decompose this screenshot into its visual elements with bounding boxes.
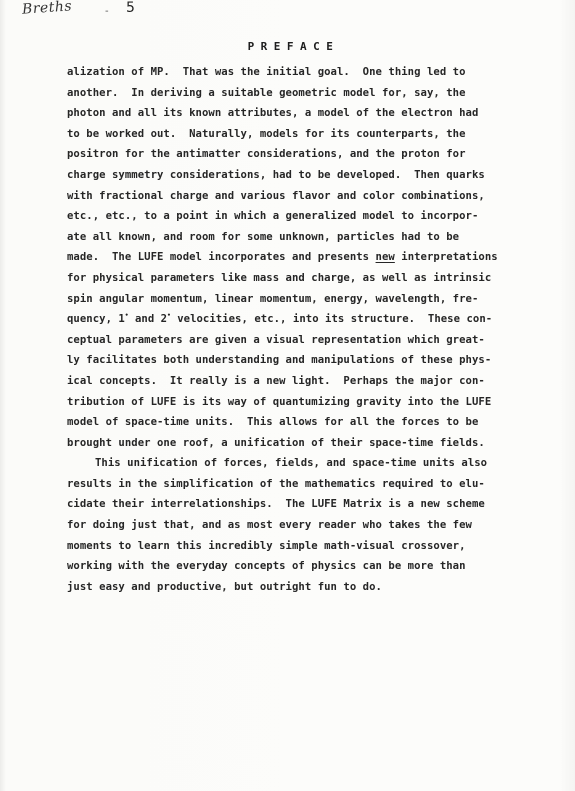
handwritten-dash: - — [105, 6, 109, 17]
text-line: charge symmetry considerations, had to b… — [67, 165, 567, 186]
text-line: This unification of forces, fields, and … — [67, 453, 567, 474]
text-line: results in the simplification of the mat… — [67, 474, 567, 495]
paragraph: This unification of forces, fields, and … — [67, 453, 567, 597]
text-line: moments to learn this incredibly simple … — [67, 536, 567, 557]
degree-mark: • — [125, 312, 129, 319]
text-line: model of space-time units. This allows f… — [67, 412, 567, 433]
underlined-word: new — [376, 251, 395, 263]
paragraph: alization of MP. That was the initial go… — [67, 62, 567, 453]
body-text: alization of MP. That was the initial go… — [67, 62, 567, 597]
text-line: for doing just that, and as most every r… — [67, 515, 567, 536]
text-line: ate all known, and room for some unknown… — [67, 227, 567, 248]
text-line: tribution of LUFE is its way of quantumi… — [67, 392, 567, 413]
text-line: alization of MP. That was the initial go… — [67, 62, 567, 83]
text-line: ly facilitates both understanding and ma… — [67, 350, 567, 371]
text-line: ical concepts. It really is a new light.… — [67, 371, 567, 392]
text-line: photon and all its known attributes, a m… — [67, 103, 567, 124]
document-page: Breths - 5 PREFACE alization of MP. That… — [0, 0, 575, 791]
text-line: just easy and productive, but outright f… — [67, 577, 567, 598]
text-line: cidate their interrelationships. The LUF… — [67, 494, 567, 515]
handwritten-note: Breths — [22, 0, 73, 18]
page-number: 5 — [126, 0, 135, 16]
text-line: brought under one roof, a unification of… — [67, 433, 567, 454]
text-line: etc., etc., to a point in which a genera… — [67, 206, 567, 227]
text-line: working with the everyday concepts of ph… — [67, 556, 567, 577]
text-line: to be worked out. Naturally, models for … — [67, 124, 567, 145]
degree-mark: • — [167, 312, 171, 319]
text-line: made. The LUFE model incorporates and pr… — [67, 247, 567, 268]
text-line: ceptual parameters are given a visual re… — [67, 330, 567, 351]
text-line: positron for the antimatter consideratio… — [67, 144, 567, 165]
page-title: PREFACE — [0, 40, 575, 53]
text-line: quency, 1• and 2• velocities, etc., into… — [67, 309, 567, 330]
text-line: for physical parameters like mass and ch… — [67, 268, 567, 289]
text-line: with fractional charge and various flavo… — [67, 186, 567, 207]
text-line: spin angular momentum, linear momentum, … — [67, 289, 567, 310]
text-line: another. In deriving a suitable geometri… — [67, 83, 567, 104]
